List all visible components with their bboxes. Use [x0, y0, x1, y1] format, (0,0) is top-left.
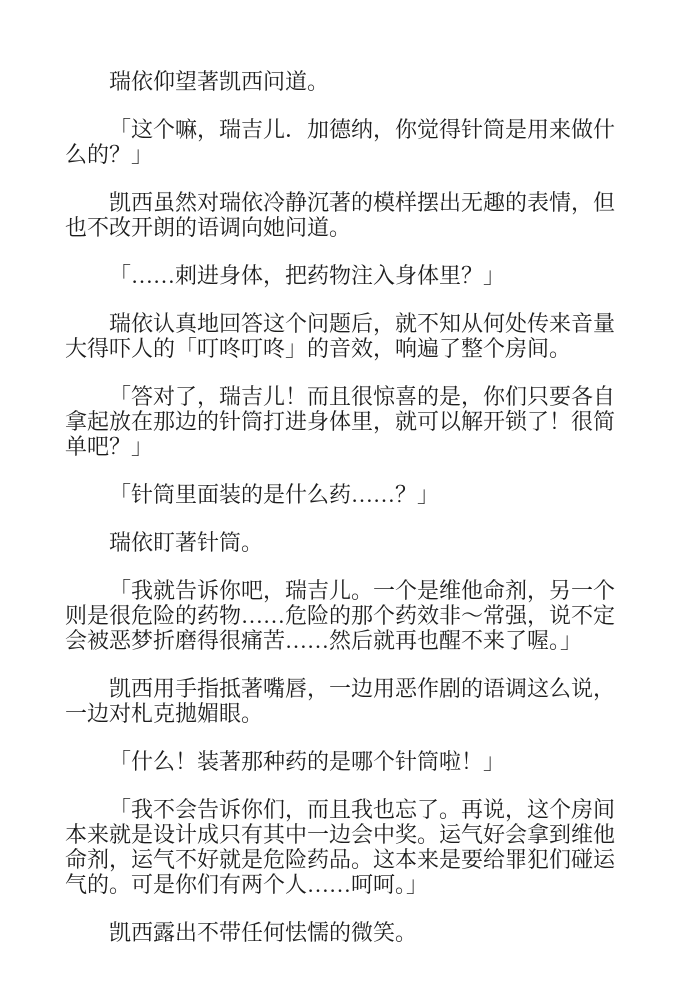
- paragraph-narration: 瑞依仰望著凯西问道。: [65, 69, 634, 94]
- document-page: 瑞依仰望著凯西问道。「这个嘛，瑞吉儿．加德纳，你觉得针筒是用来做什么的？」凯西虽…: [0, 0, 700, 992]
- paragraph-narration: 凯西虽然对瑞依冷静沉著的模样摆出无趣的表情，但也不改开朗的语调向她问道。: [65, 190, 634, 240]
- paragraph-dialogue: 「答对了，瑞吉儿！而且很惊喜的是，你们只要各自拿起放在那边的针筒打进身体里，就可…: [65, 384, 634, 459]
- text-content: 瑞依仰望著凯西问道。「这个嘛，瑞吉儿．加德纳，你觉得针筒是用来做什么的？」凯西虽…: [0, 0, 700, 945]
- paragraph-dialogue: 「……刺进身体，把药物注入身体里？」: [65, 263, 634, 288]
- paragraph-dialogue: 「什么！装著那种药的是哪个针筒啦！」: [65, 749, 634, 774]
- paragraph-narration: 瑞依认真地回答这个问题后，就不知从何处传来音量大得吓人的「叮咚叮咚」的音效，响遍…: [65, 311, 634, 361]
- paragraph-dialogue: 「我不会告诉你们，而且我也忘了。再说，这个房间本来就是设计成只有其中一边会中奖。…: [65, 797, 634, 897]
- paragraph-narration: 瑞依盯著针筒。: [65, 530, 634, 555]
- paragraph-dialogue: 「针筒里面装的是什么药……？」: [65, 482, 634, 507]
- paragraph-dialogue: 「这个嘛，瑞吉儿．加德纳，你觉得针筒是用来做什么的？」: [65, 117, 634, 167]
- paragraph-narration: 凯西露出不带任何怯懦的微笑。: [65, 920, 634, 945]
- paragraph-narration: 凯西用手指抵著嘴唇，一边用恶作剧的语调这么说，一边对札克拋媚眼。: [65, 676, 634, 726]
- paragraph-dialogue: 「我就告诉你吧，瑞吉儿。一个是维他命剂，另一个则是很危险的药物……危险的那个药效…: [65, 578, 634, 653]
